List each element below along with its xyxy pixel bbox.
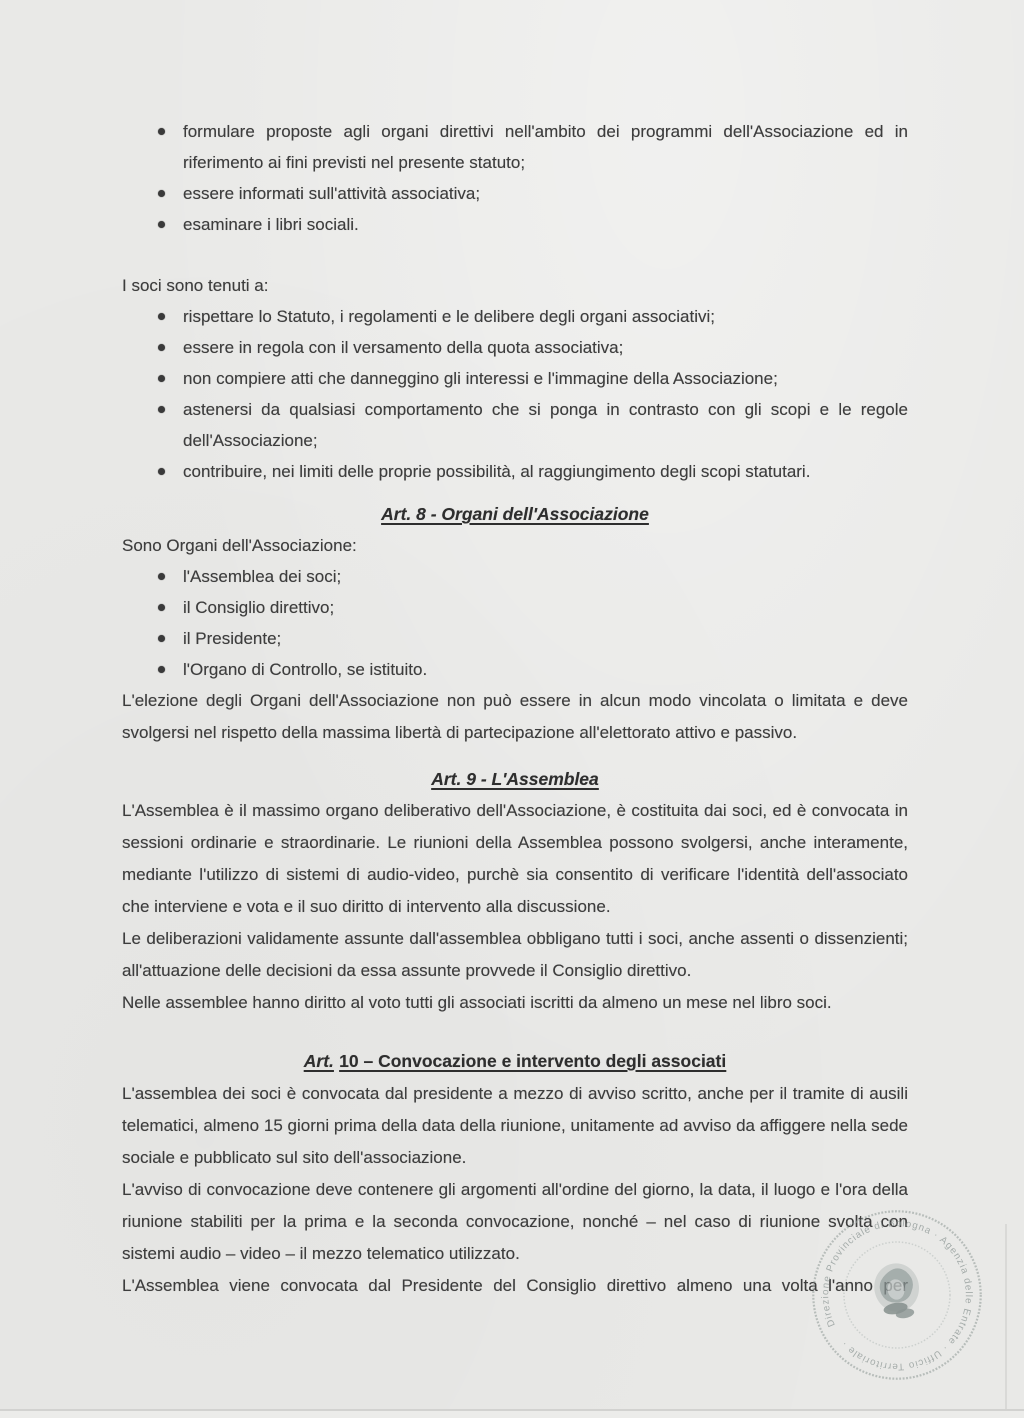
bullet-icon <box>158 313 165 320</box>
bullet-icon <box>158 344 165 351</box>
art9-heading-text: Art. 9 - L'Assemblea <box>431 769 599 789</box>
list-item-text: contribuire, nei limiti delle proprie po… <box>183 462 810 481</box>
art9-heading: Art. 9 - L'Assemblea <box>122 764 908 795</box>
list-item: astenersi da qualsiasi comportamento che… <box>158 394 908 456</box>
member-duties-list: rispettare lo Statuto, i regolamenti e l… <box>122 301 908 487</box>
list-item-text: l'Organo di Controllo, se istituito. <box>183 660 427 679</box>
list-item: essere informati sull'attività associati… <box>158 178 908 209</box>
list-item-text: l'Assemblea dei soci; <box>183 567 341 586</box>
list-item: non compiere atti che danneggino gli int… <box>158 363 908 394</box>
list-item-text: il Consiglio direttivo; <box>183 598 334 617</box>
bullet-icon <box>158 573 165 580</box>
art8-heading-text: Art. 8 - Organi dell'Associazione <box>381 504 649 524</box>
art8-organs-list: l'Assemblea dei soci; il Consiglio diret… <box>122 561 908 685</box>
bullet-icon <box>158 635 165 642</box>
list-item: l'Organo di Controllo, se istituito. <box>158 654 908 685</box>
list-item: l'Assemblea dei soci; <box>158 561 908 592</box>
member-duties-intro: I soci sono tenuti a: <box>122 270 908 301</box>
art9-paragraph-3: Nelle assemblee hanno diritto al voto tu… <box>122 987 908 1019</box>
member-rights-list: formulare proposte agli organi direttivi… <box>122 116 908 240</box>
list-item: il Consiglio direttivo; <box>158 592 908 623</box>
list-item: rispettare lo Statuto, i regolamenti e l… <box>158 301 908 332</box>
art9-paragraph-1: L'Assemblea è il massimo organo delibera… <box>122 795 908 923</box>
art8-heading: Art. 8 - Organi dell'Associazione <box>122 499 908 530</box>
art10-paragraph-2: L'avviso di convocazione deve contenere … <box>122 1174 908 1270</box>
art10-heading: Art.10 – Convocazione e intervento degli… <box>122 1046 908 1077</box>
art10-paragraph-3: L'Assemblea viene convocata dal Presiden… <box>122 1270 908 1302</box>
list-item-text: essere informati sull'attività associati… <box>183 184 480 203</box>
list-item-text: astenersi da qualsiasi comportamento che… <box>183 400 908 450</box>
list-item-text: essere in regola con il versamento della… <box>183 338 623 357</box>
agenzia-entrate-stamp-icon: Direzione Provinciale di Bologna · Agenz… <box>804 1202 990 1388</box>
scanned-statute-page: formulare proposte agli organi direttivi… <box>0 0 1024 1418</box>
bullet-icon <box>158 468 165 475</box>
bullet-icon <box>158 128 165 135</box>
list-item: contribuire, nei limiti delle proprie po… <box>158 456 908 487</box>
list-item-text: esaminare i libri sociali. <box>183 215 359 234</box>
art10-heading-rest: 10 – Convocazione e intervento degli ass… <box>339 1051 726 1071</box>
list-item: formulare proposte agli organi direttivi… <box>158 116 908 178</box>
list-item-text: rispettare lo Statuto, i regolamenti e l… <box>183 307 715 326</box>
bullet-icon <box>158 221 165 228</box>
bullet-icon <box>158 190 165 197</box>
art10-heading-text: Art.10 – Convocazione e intervento degli… <box>304 1051 726 1071</box>
list-item-text: il Presidente; <box>183 629 281 648</box>
bullet-icon <box>158 666 165 673</box>
bullet-icon <box>158 604 165 611</box>
list-item: il Presidente; <box>158 623 908 654</box>
bullet-icon <box>158 375 165 382</box>
scan-page-right-edge <box>1005 1224 1007 1410</box>
list-item: esaminare i libri sociali. <box>158 209 908 240</box>
stamp-emblem <box>870 1260 924 1323</box>
art8-intro: Sono Organi dell'Associazione: <box>122 530 908 561</box>
list-item-text: non compiere atti che danneggino gli int… <box>183 369 778 388</box>
list-item-text: formulare proposte agli organi direttivi… <box>183 122 908 172</box>
art10-paragraph-1: L'assemblea dei soci è convocata dal pre… <box>122 1078 908 1174</box>
art9-paragraph-2: Le deliberazioni validamente assunte dal… <box>122 923 908 987</box>
document-text-column: formulare proposte agli organi direttivi… <box>122 116 908 1302</box>
scan-background-strip <box>0 1411 1024 1418</box>
list-item: essere in regola con il versamento della… <box>158 332 908 363</box>
art10-heading-prefix: Art. <box>304 1051 334 1071</box>
bullet-icon <box>158 406 165 413</box>
art8-paragraph: L'elezione degli Organi dell'Associazion… <box>122 685 908 749</box>
